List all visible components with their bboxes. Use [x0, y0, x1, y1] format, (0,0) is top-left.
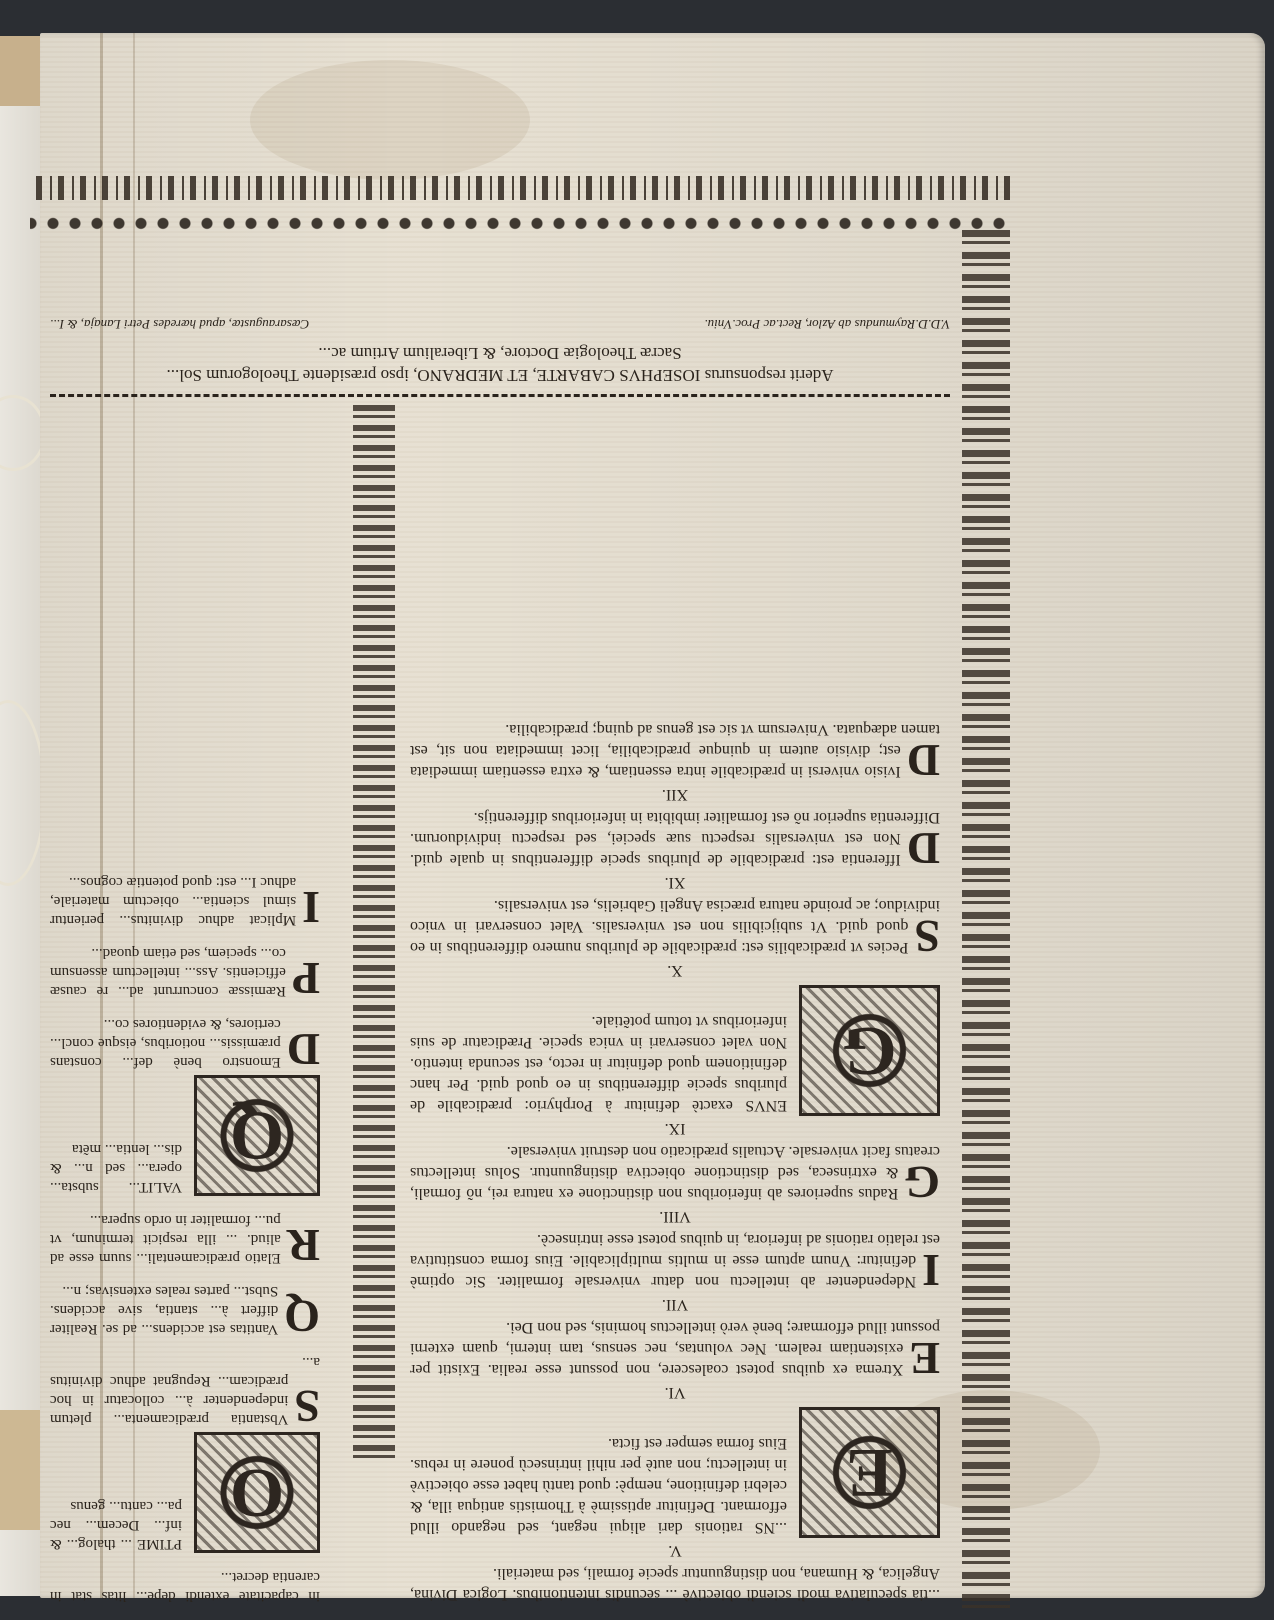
thesis-viii: G Radus superiores ab inferioribus non d… [410, 1141, 940, 1204]
thesis-v: E ...NS rationis dari aliqui negant, sed… [410, 1433, 940, 1538]
thesis-numeral: V. [410, 1540, 940, 1561]
thesis-numeral: VI. [410, 1382, 940, 1403]
dropcap-R: R [287, 1225, 320, 1265]
dashed-rule [50, 394, 950, 397]
dropcap-D: D [907, 828, 940, 868]
scanned-document: ...tia speculativa modi sciendi obiectiv… [0, 0, 1274, 1620]
thesis-vi: E Xtrema ex quibus potest coalescere, no… [410, 1317, 940, 1380]
ornamental-initial-O: O [194, 1432, 320, 1553]
thesis-numeral: VIII. [410, 1206, 940, 1227]
colophon-block: Aderit responsurus IOSEPHVS CABARTE, ET … [50, 316, 950, 405]
fragment: in capacitate extendi depe... litas stat… [50, 1567, 320, 1605]
fragment: RElatio prædicamentali... suum esse ad a… [50, 1210, 320, 1267]
fragment: QVantitas est accidens... ad se. Realite… [50, 1281, 320, 1338]
dropcap-P: P [292, 958, 320, 998]
respondent-line: Aderit responsurus IOSEPHVS CABARTE, ET … [50, 364, 950, 386]
fragment: QVALIT... substa... opera... sed n... & … [50, 1139, 320, 1196]
ornamental-initial-G: G [799, 985, 940, 1116]
printed-broadside: ...tia speculativa modi sciendi obiectiv… [30, 170, 1010, 1615]
paper-stain [250, 60, 530, 180]
thesis-x: S Pecies vt prædicabilis est: prædicabil… [410, 895, 940, 958]
thesis-xi: D Ifferentia est: prædicabile de pluribu… [410, 807, 940, 870]
thesis-numeral: X. [410, 960, 940, 981]
dropcap-D: D [907, 740, 940, 780]
thesis-vii: I Ndependenter ab intellectu non datur v… [410, 1229, 940, 1292]
dropcap-I: I [922, 1250, 940, 1290]
dropcap-S: S [294, 1386, 320, 1426]
theses-column: ...tia speculativa modi sciendi obiectiv… [410, 717, 940, 1605]
thesis-numeral: IX. [410, 1118, 940, 1139]
dropcap-S: S [914, 916, 940, 956]
fragment: OPTIME ... thalog... & inf... Decem... n… [50, 1496, 320, 1553]
ornamental-initial-E: E [799, 1407, 940, 1538]
thesis-numeral: XI. [410, 872, 940, 893]
ornamental-border-top [30, 170, 1010, 230]
dropcap-E: E [909, 1338, 940, 1378]
ornamental-column-divider [353, 405, 395, 1465]
left-theses-fragments: in capacitate extendi depe... litas stat… [50, 870, 320, 1605]
approval-line: V.D.D.Raymundus ab Azlor, Rect.ac Proc.V… [704, 316, 950, 332]
thesis-xii: D Ivisio vniversi in prædicabile intra e… [410, 719, 940, 782]
printer-imprint: Cæsaraugustæ, apud hæredes Petri Lanaja,… [50, 316, 309, 332]
fragment: DEmonstro benè def... constans præmissis… [50, 1014, 320, 1071]
dropcap-Q: Q [284, 1296, 320, 1336]
imprint-row: V.D.D.Raymundus ab Azlor, Rect.ac Proc.V… [50, 316, 950, 332]
dropcap-G: G [904, 1162, 940, 1202]
ornamental-initial-Q: Q [194, 1075, 320, 1196]
ornamental-border-left [962, 230, 1010, 1615]
fragment: PRæmissæ concurrunt ad... re causæ effic… [50, 943, 320, 1000]
dropcap-I: I [302, 887, 320, 927]
fragment: IMplicat adhuc divinitus... perientur si… [50, 872, 320, 929]
thesis-numeral: XII. [410, 784, 940, 805]
respondent-title: Sacræ Theologiæ Doctore, & Liberalium Ar… [50, 342, 950, 364]
dropcap-D: D [287, 1029, 320, 1069]
fragment: SVbstantia prædicamenta... pletum indepe… [50, 1352, 320, 1428]
thesis-numeral: VII. [410, 1294, 940, 1315]
thesis-ix: G ENVS exactè definitur à Porphyrio: præ… [410, 1011, 940, 1116]
thesis-preceding: ...tia speculativa modi sciendi obiectiv… [410, 1563, 940, 1605]
